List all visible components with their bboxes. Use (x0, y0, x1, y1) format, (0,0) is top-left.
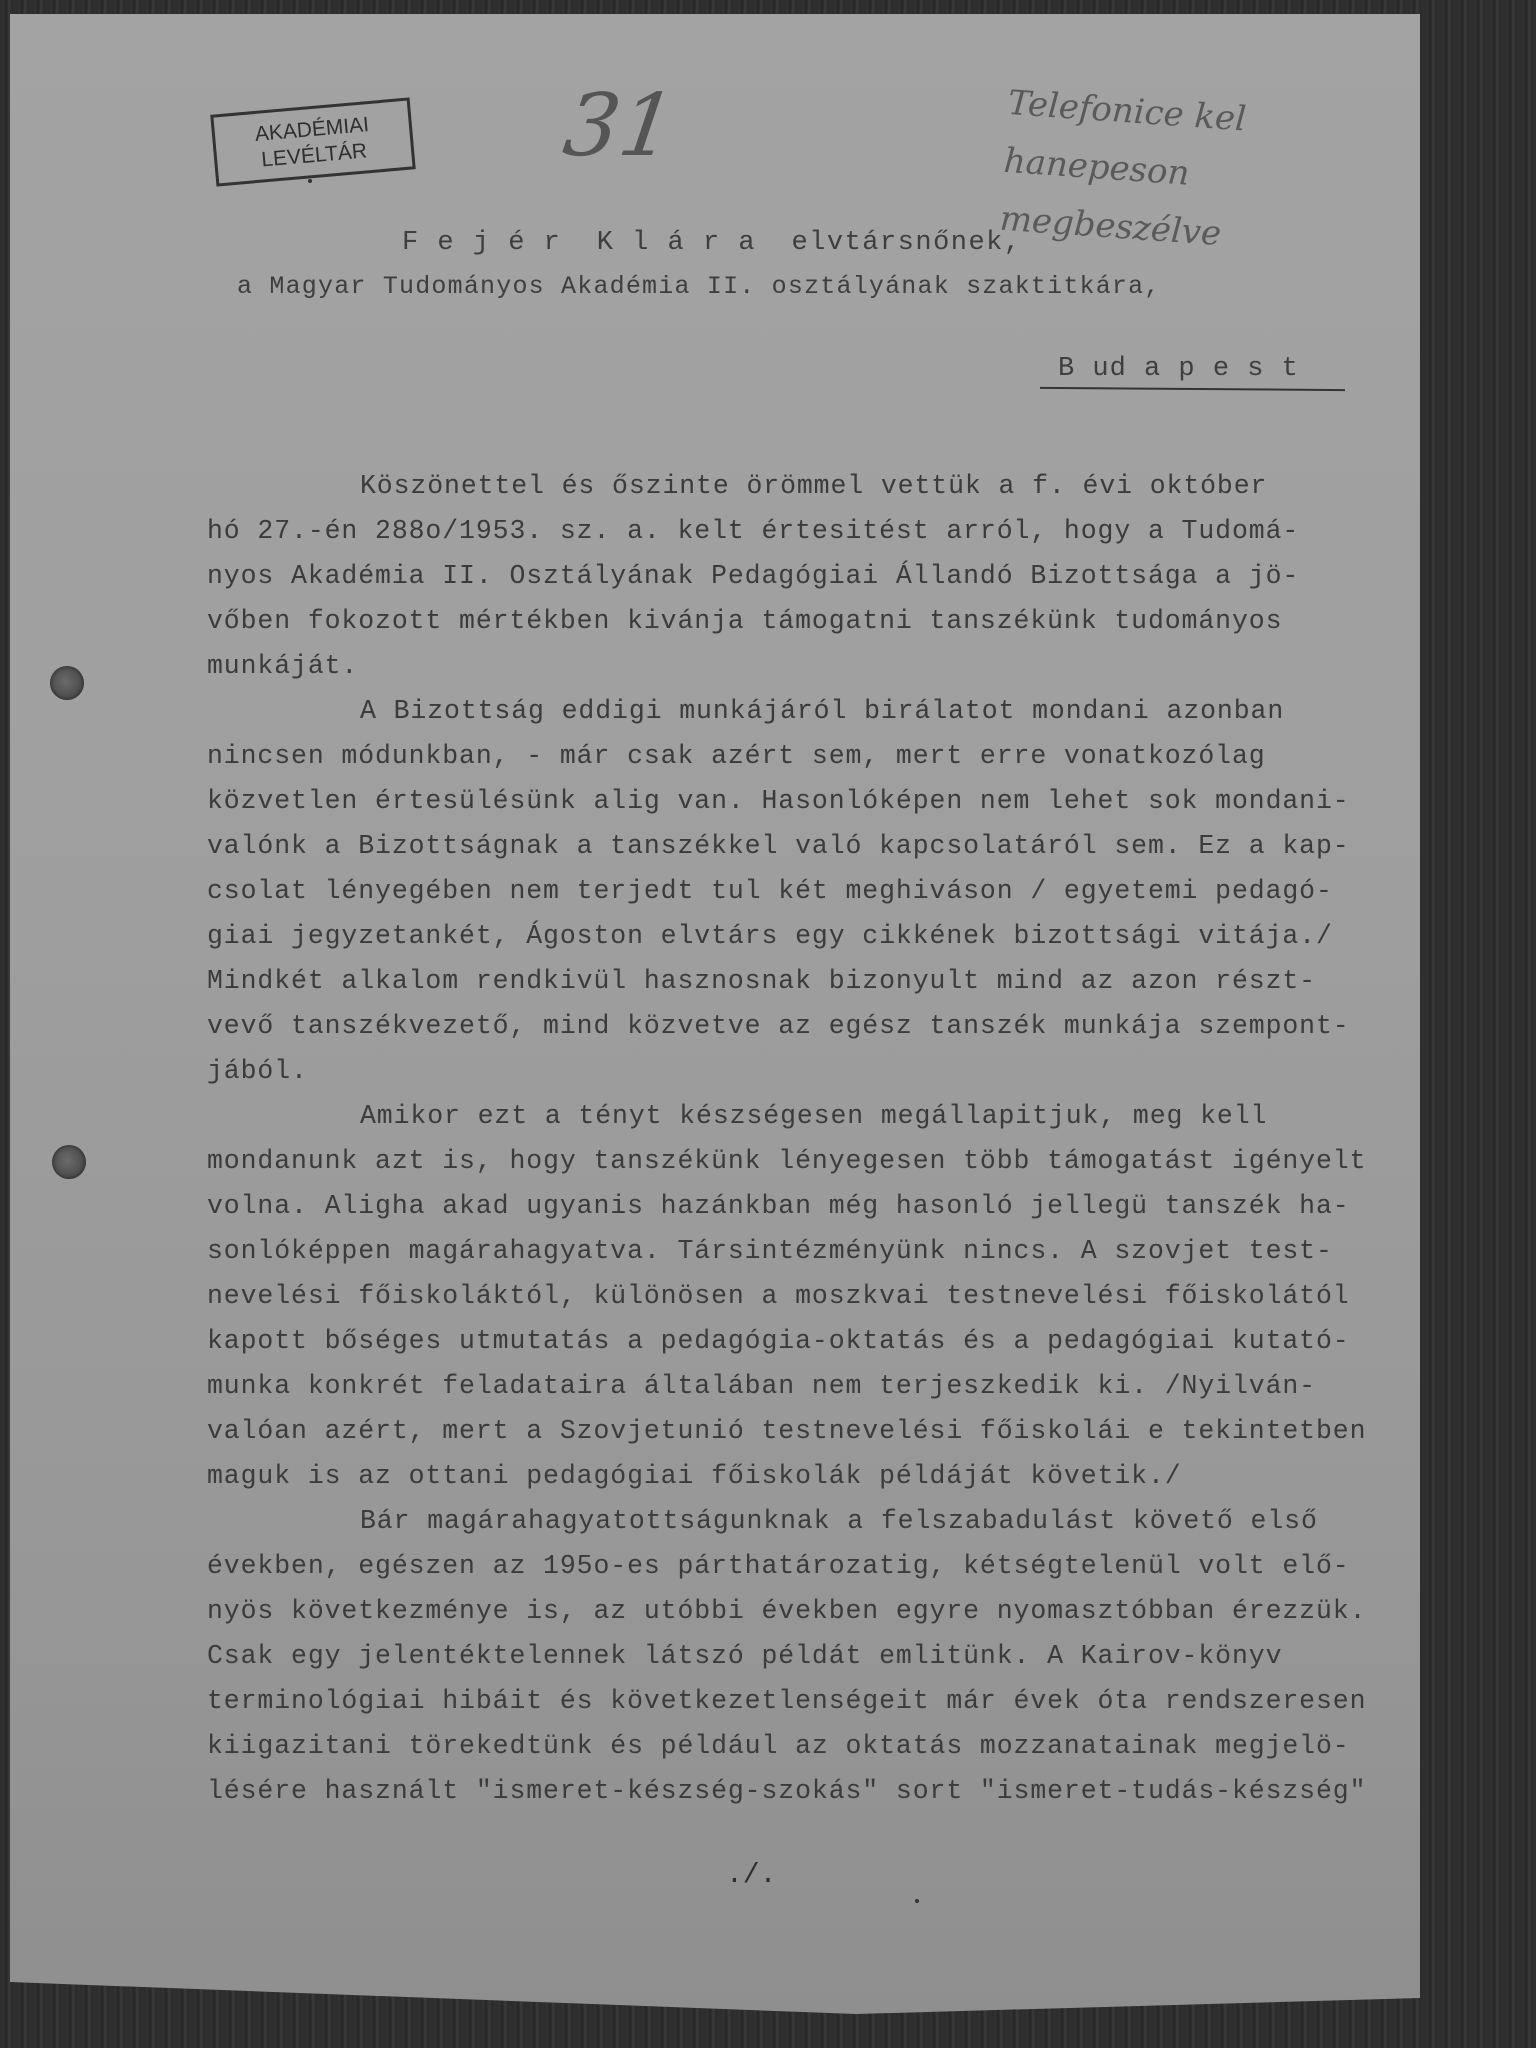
body-line: közvetlen értesülésünk alig van. Hasonló… (207, 779, 1366, 824)
paper-speck (1420, 259, 1424, 263)
letter-body: Köszönettel és őszinte örömmel vettük a … (207, 464, 1366, 1814)
continuation-mark: ./. (726, 1860, 776, 1891)
body-line: Köszönettel és őszinte örömmel vettük a … (207, 464, 1366, 509)
body-line: nyös következménye is, az utóbbi években… (207, 1589, 1366, 1634)
body-line: terminológiai hibáit és következetlenség… (207, 1679, 1366, 1724)
folio-number: 31 (558, 76, 681, 176)
addressee-name: F e j é r K l á r a elvtársnőnek, (402, 221, 1022, 265)
body-line: vőben fokozott mértékben kivánja támogat… (207, 599, 1366, 644)
addressee-title: a Magyar Tudományos Akadémia II. osztály… (237, 265, 1161, 309)
body-line: giai jegyzetankét, Ágoston elvtárs egy c… (207, 914, 1366, 959)
body-line: Mindkét alkalom rendkivül hasznosnak biz… (207, 959, 1366, 1004)
body-line: Bár magárahagyatottságunknak a felszabad… (207, 1499, 1366, 1544)
body-line: valóan azért, mert a Szovjetunió testnev… (207, 1409, 1366, 1454)
addressee-city: B ud a p e s t (1058, 347, 1299, 391)
body-line: lésére használt "ismeret-készség-szokás"… (207, 1769, 1366, 1814)
body-line: nincsen módunkban, - már csak azért sem,… (207, 734, 1366, 779)
document-page: AKADÉMIAI LEVÉLTÁR 31 Telefonice kel han… (10, 14, 1420, 2014)
handwritten-line-1: Telefonice kel (1007, 83, 1248, 140)
body-line: valónk a Bizottságnak a tanszékkel való … (207, 824, 1366, 869)
body-line: maguk is az ottani pedagógiai főiskolák … (207, 1454, 1366, 1499)
body-line: években, egészen az 195o-es párthatároza… (207, 1544, 1366, 1589)
body-line: vevő tanszékvezető, mind közvetve az egé… (207, 1004, 1366, 1049)
punch-hole (52, 1145, 86, 1179)
paper-speck (915, 1899, 919, 1903)
body-line: nyos Akadémia II. Osztályának Pedagógiai… (207, 554, 1366, 599)
body-line: nevelési főiskoláktól, különösen a moszk… (207, 1274, 1366, 1319)
paper-speck (308, 179, 312, 183)
archive-stamp: AKADÉMIAI LEVÉLTÁR (210, 97, 416, 186)
body-line: kiigazitani törekedtünk és például az ok… (207, 1724, 1366, 1769)
body-line: munkáját. (207, 644, 1366, 689)
handwritten-line-3: megbeszélve (998, 199, 1222, 254)
body-line: sonlóképpen magárahagyatva. Társintézmén… (207, 1229, 1366, 1274)
punch-hole (50, 666, 84, 700)
body-line: jából. (207, 1049, 1366, 1094)
body-line: volna. Aligha akad ugyanis hazánkban még… (207, 1184, 1366, 1229)
body-line: munka konkrét feladataira általában nem … (207, 1364, 1366, 1409)
body-line: kapott bőséges utmutatás a pedagógia-okt… (207, 1319, 1366, 1364)
handwritten-line-2: hanepeson (1003, 141, 1191, 194)
handwritten-note: Telefonice kel hanepeson megbeszélve (998, 74, 1248, 264)
body-line: Amikor ezt a tényt készségesen megállapi… (207, 1094, 1366, 1139)
body-line: Csak egy jelentéktelennek látszó példát … (207, 1634, 1366, 1679)
body-line: hó 27.-én 288o/1953. sz. a. kelt értesit… (207, 509, 1366, 554)
body-line: csolat lényegében nem terjedt tul két me… (207, 869, 1366, 914)
body-line: mondanunk azt is, hogy tanszékünk lényeg… (207, 1139, 1366, 1184)
body-line: A Bizottság eddigi munkájáról birálatot … (207, 689, 1366, 734)
